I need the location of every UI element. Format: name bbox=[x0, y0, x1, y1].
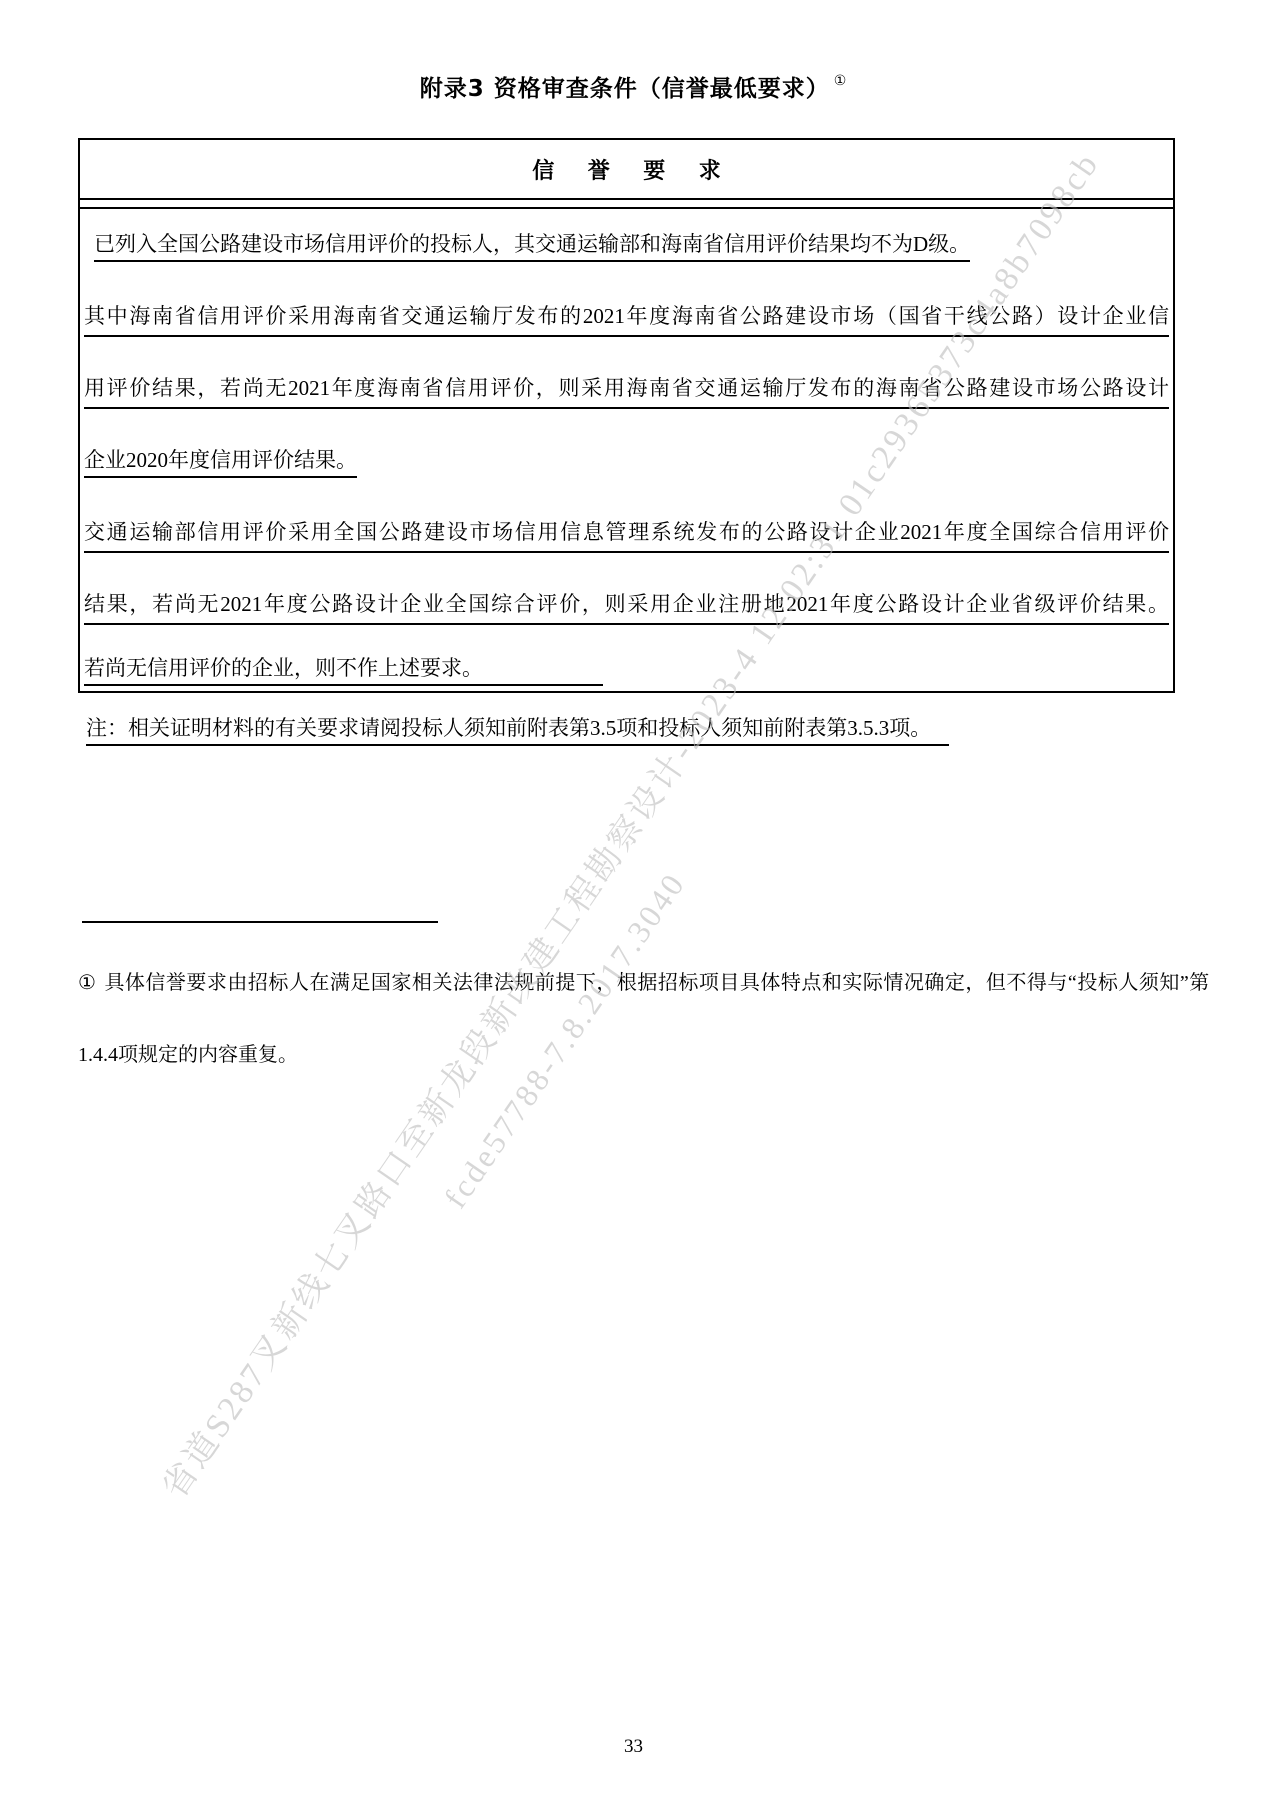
credit-requirements-table: 信 誉 要 求 已列入全国公路建设市场信用评价的投标人，其交通运输部和海南省信用… bbox=[78, 138, 1175, 693]
page-title-text: 附录3 资格审查条件（信誉最低要求） bbox=[420, 76, 830, 102]
title-footnote-ref: ① bbox=[834, 73, 848, 89]
page-title: 附录3 资格审查条件（信誉最低要求）① bbox=[0, 70, 1267, 103]
credit-line-4: 企业2020年度信用评价结果。 bbox=[84, 445, 1169, 475]
credit-line-5: 交通运输部信用评价采用全国公路建设市场信用信息管理系统发布的公路设计企业2021… bbox=[84, 517, 1169, 553]
watermark-line-2: fcde57788-7.8.2017.3040 bbox=[437, 865, 693, 1215]
footnote-marker: ① bbox=[78, 972, 96, 994]
credit-line-2: 其中海南省信用评价采用海南省交通运输厅发布的2021年度海南省公路建设市场（国省… bbox=[84, 301, 1169, 337]
note-text: 注：相关证明材料的有关要求请阅投标人须知前附表第3.5项和投标人须知前附表第3.… bbox=[86, 716, 949, 746]
note-line: 注：相关证明材料的有关要求请阅投标人须知前附表第3.5项和投标人须知前附表第3.… bbox=[86, 712, 949, 742]
footnote-separator bbox=[82, 921, 438, 923]
document-page: 附录3 资格审查条件（信誉最低要求）① 信 誉 要 求 已列入全国公路建设市场信… bbox=[0, 0, 1267, 1793]
page-number: 33 bbox=[0, 1736, 1267, 1758]
footnote-line1-text: 具体信誉要求由招标人在满足国家相关法律法规前提下，根据招标项目具体特点和实际情况… bbox=[104, 972, 1209, 994]
credit-line-3: 用评价结果，若尚无2021年度海南省信用评价，则采用海南省交通运输厅发布的海南省… bbox=[84, 373, 1169, 409]
table-header-cell: 信 誉 要 求 bbox=[80, 140, 1173, 200]
credit-line-1: 已列入全国公路建设市场信用评价的投标人，其交通运输部和海南省信用评价结果均不为D… bbox=[84, 229, 1169, 259]
footnote-text-line-2: 1.4.4项规定的内容重复。 bbox=[78, 1038, 298, 1067]
credit-line-6: 结果，若尚无2021年度公路设计企业全国综合评价，则采用企业注册地2021年度公… bbox=[84, 589, 1169, 625]
credit-line-7: 若尚无信用评价的企业，则不作上述要求。 bbox=[84, 653, 1169, 683]
table-body-cell: 已列入全国公路建设市场信用评价的投标人，其交通运输部和海南省信用评价结果均不为D… bbox=[80, 207, 1173, 691]
footnote-text-line-1: ①具体信誉要求由招标人在满足国家相关法律法规前提下，根据招标项目具体特点和实际情… bbox=[78, 966, 1190, 995]
